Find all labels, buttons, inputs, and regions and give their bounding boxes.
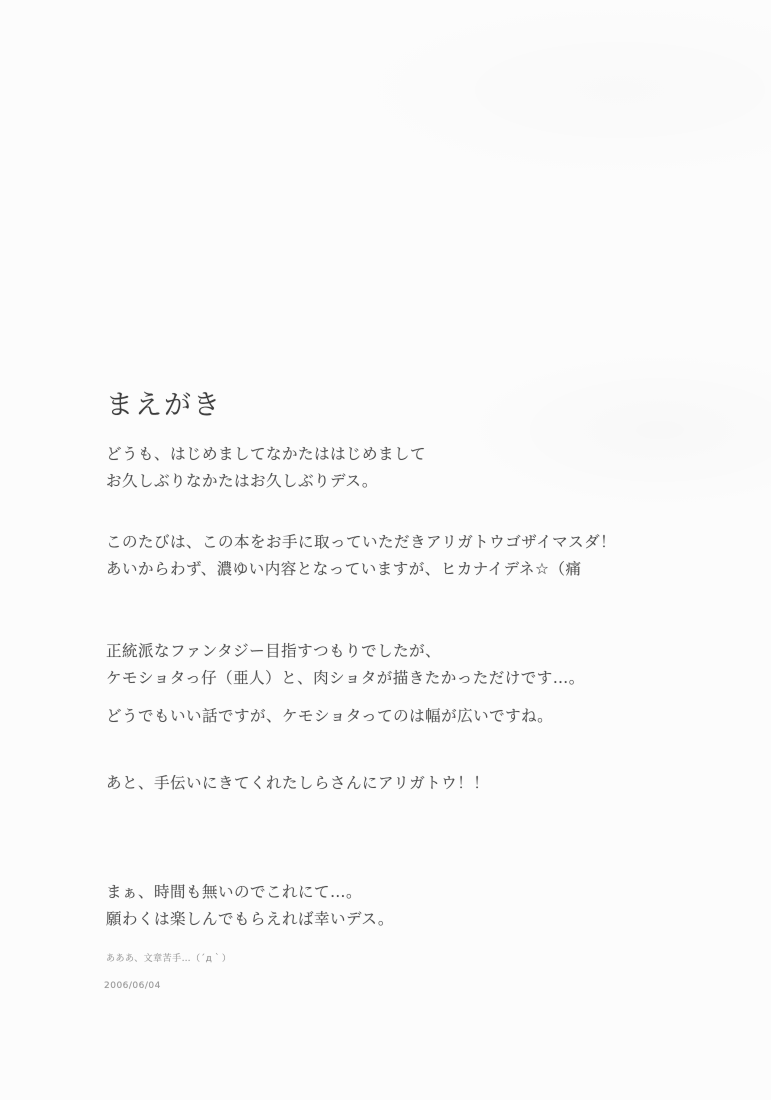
paragraph-aside: どうでもいい話ですが、ケモショタってのは幅が広いですね。	[106, 703, 553, 730]
page-title: まえがき	[106, 383, 222, 422]
text-line: 願わくは楽しんでもらえれば幸いデス。	[106, 906, 394, 933]
scanned-afterword-page: まえがき どうも、はじめましてなかたははじめまして お久しぶりなかたはお久しぶり…	[0, 0, 771, 1100]
date-stamp: 2006/06/04	[104, 981, 161, 991]
paragraph-fantasy-intent: 正統派なファンタジー目指すつもりでしたが、 ケモショタっ仔（亜人）と、肉ショタが…	[106, 638, 585, 692]
text-line: ケモショタっ仔（亜人）と、肉ショタが描きたかっただけです…。	[106, 665, 585, 692]
text-line: お久しぶりなかたはお久しぶりデス。	[106, 468, 426, 495]
text-line: どうも、はじめましてなかたははじめまして	[106, 441, 426, 468]
text-line: どうでもいい話ですが、ケモショタってのは幅が広いですね。	[106, 703, 553, 730]
footnote-apology: あああ、文章苦手…（´д｀）	[106, 951, 231, 964]
text-line: 正統派なファンタジー目指すつもりでしたが、	[106, 638, 585, 665]
paragraph-closing: まぁ、時間も無いのでこれにて…。 願わくは楽しんでもらえれば幸いデス。	[106, 879, 394, 933]
text-line: まぁ、時間も無いのでこれにて…。	[106, 879, 394, 906]
text-line: あいからわず、濃ゆい内容となっていますが、ヒカナイデネ☆（痛	[106, 556, 616, 583]
paragraph-thanks-for-reading: このたびは、この本をお手に取っていただきアリガトウゴザイマスダ！ あいからわず、…	[106, 529, 616, 583]
text-line: あと、手伝いにきてくれたしらさんにアリガトウ！！	[106, 770, 489, 797]
text-line: このたびは、この本をお手に取っていただきアリガトウゴザイマスダ！	[106, 529, 616, 556]
paragraph-greeting: どうも、はじめましてなかたははじめまして お久しぶりなかたはお久しぶりデス。	[106, 441, 426, 495]
paragraph-helper-thanks: あと、手伝いにきてくれたしらさんにアリガトウ！！	[106, 770, 489, 797]
